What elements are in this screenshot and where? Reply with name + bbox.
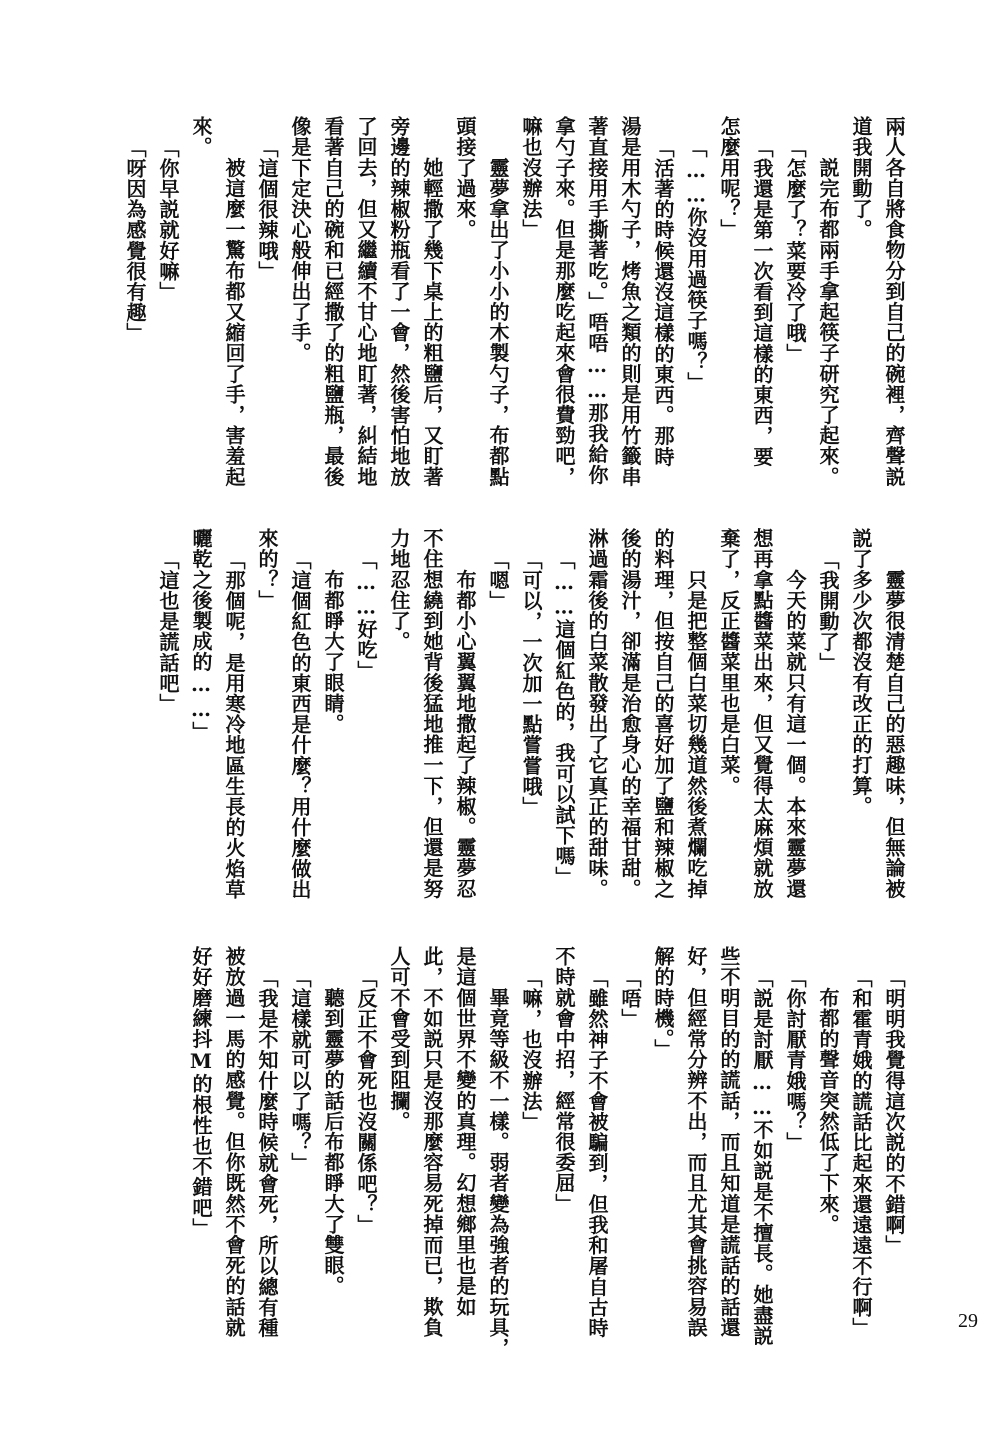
dialogue-column: 「我還是第一次看到這樣的東西，要 (745, 106, 778, 526)
dialogue-column: 「……這個紅色的，我可以試下嗎」 (547, 518, 580, 938)
text-column: 嘛也沒辦法」 (514, 116, 547, 536)
dialogue-column: 「説是討厭……不如説是不擅長。她盡説 (745, 936, 778, 1356)
dialogue-column: 「活著的時候還沒這樣的東西。那時 (646, 106, 679, 526)
text-column: 像是下定決心般伸出了手。 (283, 116, 316, 536)
dialogue-column: 「和霍青娥的謊話比起來還遠遠不行啊」 (844, 936, 877, 1356)
text-column: 道我開動了。 (844, 116, 877, 536)
dialogue-column: 「嗯」 (481, 518, 514, 938)
text-block-bottom: 「明明我覺得這次説的不錯啊」 「和霍青娥的謊話比起來還遠遠不行啊」 布都的聲音突… (184, 946, 910, 1366)
text-column: 曬乾之後製成的……」 (184, 528, 217, 948)
text-column: 説完布都兩手拿起筷子研究了起來。 (811, 116, 844, 536)
text-column: 只是把整個白菜切幾道然後煮爛吃掉 (679, 528, 712, 948)
text-column: 兩人各自將食物分到自己的碗裡，齊聲説 (877, 116, 910, 536)
text-column: 淋過霜後的白菜散發出了它真正的甜味。 (580, 528, 613, 948)
text-column: 布都小心翼翼地撒起了辣椒。靈夢忍 (448, 528, 481, 948)
text-column: 靈夢很清楚自己的惡趣味，但無論被 (877, 528, 910, 948)
text-column: 不住想繞到她背後猛地推一下，但還是努 (415, 528, 448, 948)
text-column: 旁邊的辣椒粉瓶看了一會，然後害怕地放 (382, 116, 415, 536)
text-column: 被放過一馬的感覺。但你既然不會死的話就 (217, 946, 250, 1366)
dialogue-column: 「這也是謊話吧」 (151, 518, 184, 938)
dialogue-column: 「唔」 (613, 936, 646, 1356)
book-page: 兩人各自將食物分到自己的碗裡，齊聲説 道我開動了。 説完布都兩手拿起筷子研究了起… (0, 0, 1000, 1429)
dialogue-column: 「我開動了」 (811, 518, 844, 938)
text-block-middle: 靈夢很清楚自己的惡趣味，但無論被 説了多少次都沒有改正的打算。 「我開動了」 今… (151, 528, 910, 948)
text-column: 來的？」 (250, 528, 283, 948)
dialogue-column: 「反正不會死也沒關係吧？」 (349, 936, 382, 1356)
dialogue-column: 「……你沒用過筷子嗎？」 (679, 106, 712, 526)
text-column: 看著自己的碗和已經撒了的粗鹽瓶，最後 (316, 116, 349, 536)
text-column: 此，不如説只是沒那麼容易死掉而已，欺負 (415, 946, 448, 1366)
dialogue-column: 「嘛，也沒辦法」 (514, 936, 547, 1356)
text-column: 不時就會中招，經常很委屈」 (547, 946, 580, 1366)
dialogue-column: 「雖然神子不會被騙到，但我和屠自古時 (580, 936, 613, 1356)
dialogue-column: 「這個很辣哦」 (250, 106, 283, 526)
text-column: 力地忍住了。 (382, 528, 415, 948)
text-column: 怎麼用呢？」 (712, 116, 745, 536)
text-column: 著直接用手撕著吃。」唔唔……那我給你 (580, 116, 613, 536)
text-column: 被這麼一驚布都又縮回了手，害羞起 (217, 116, 250, 536)
dialogue-column: 「你討厭青娥嗎？」 (778, 936, 811, 1356)
text-column: 的料理，但按自己的喜好加了鹽和辣椒之 (646, 528, 679, 948)
text-column: 湯是用木勺子，烤魚之類的則是用竹籤串 (613, 116, 646, 536)
text-column: 來。 (184, 116, 217, 536)
text-column: 後的湯汁，卻滿是治愈身心的幸福甘甜。 (613, 528, 646, 948)
text-column: 她輕撒了幾下桌上的粗鹽后，又盯著 (415, 116, 448, 536)
dialogue-column: 「怎麼了？菜要冷了哦」 (778, 106, 811, 526)
text-column: 説了多少次都沒有改正的打算。 (844, 528, 877, 948)
dialogue-column: 「你早説就好嘛」 (151, 106, 184, 526)
dialogue-column: 「……好吃」 (349, 518, 382, 938)
dialogue-column: 「那個呢，是用寒冷地區生長的火焰草 (217, 518, 250, 938)
text-column: 人可不會受到阻攔。 (382, 946, 415, 1366)
page-number: 29 (958, 1311, 978, 1331)
text-column: 想再拿點醬菜出來，但又覺得太麻煩就放 (745, 528, 778, 948)
dialogue-column: 「我是不知什麼時候就會死，所以總有種 (250, 936, 283, 1356)
text-column: 靈夢拿出了小小的木製勺子，布都點 (481, 116, 514, 536)
text-column: 好好磨練抖M的根性也不錯吧」 (184, 946, 217, 1366)
text-column: 聽到靈夢的話后布都睜大了雙眼。 (316, 946, 349, 1366)
text-column: 布都的聲音突然低了下來。 (811, 946, 844, 1366)
text-column: 布都睜大了眼睛。 (316, 528, 349, 948)
text-column: 解的時機。」 (646, 946, 679, 1366)
text-block-top: 兩人各自將食物分到自己的碗裡，齊聲説 道我開動了。 説完布都兩手拿起筷子研究了起… (118, 116, 910, 536)
dialogue-column: 「可以，一次加一點嘗嘗哦」 (514, 518, 547, 938)
text-column: 是這個世界不變的真理。幻想鄉里也是如 (448, 946, 481, 1366)
text-column: 拿勺子來。但是那麼吃起來會很費勁吧， (547, 116, 580, 536)
dialogue-column: 「這樣就可以了嗎？」 (283, 936, 316, 1356)
text-column: 些不明目的的謊話，而且知道是謊話的話還 (712, 946, 745, 1366)
dialogue-column: 「這個紅色的東西是什麼？用什麼做出 (283, 518, 316, 938)
dialogue-column: 「呀因為感覺很有趣」 (118, 106, 151, 526)
text-column: 頭接了過來。 (448, 116, 481, 536)
text-column: 好，但經常分辨不出，而且尤其會挑容易誤 (679, 946, 712, 1366)
text-column: 今天的菜就只有這一個。本來靈夢還 (778, 528, 811, 948)
text-column: 棄了，反正醬菜里也是白菜。 (712, 528, 745, 948)
text-column: 畢竟等級不一樣。弱者變為強者的玩具， (481, 946, 514, 1366)
text-column: 了回去，但又繼續不甘心地盯著，糾結地 (349, 116, 382, 536)
dialogue-column: 「明明我覺得這次説的不錯啊」 (877, 936, 910, 1356)
